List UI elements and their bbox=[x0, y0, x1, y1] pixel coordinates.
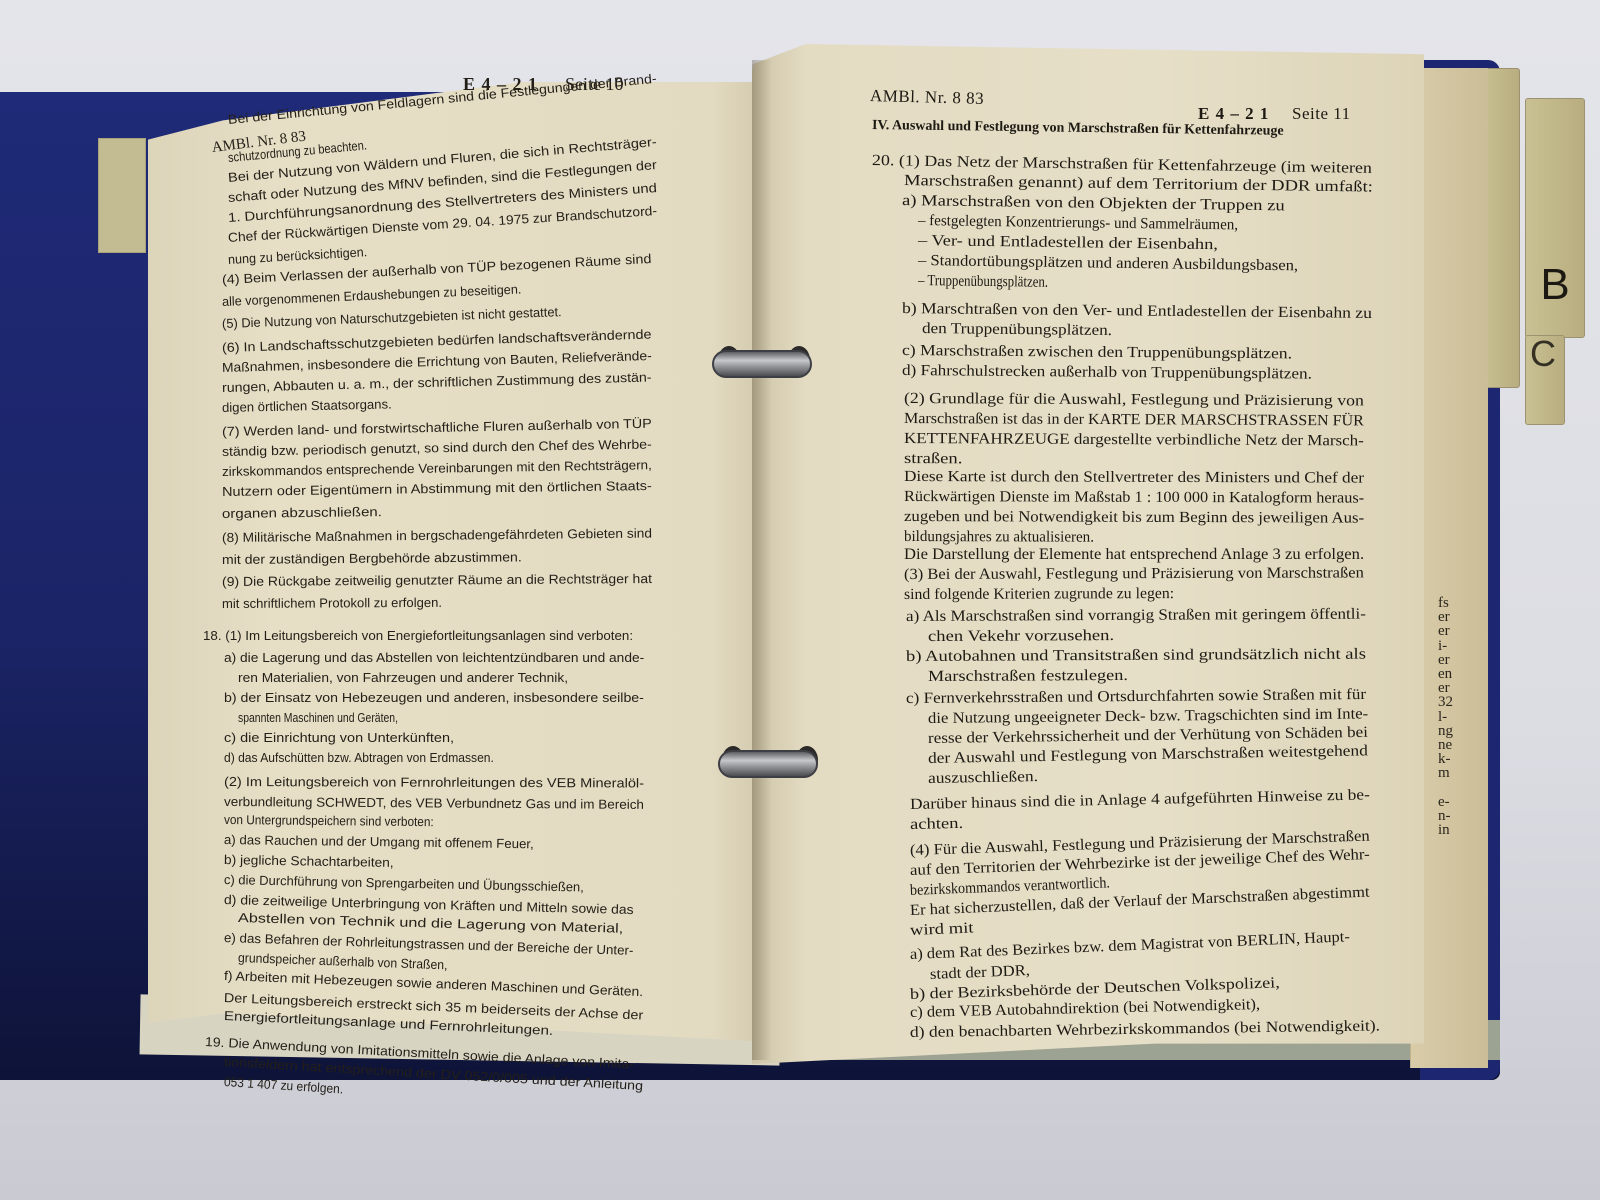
left-page-line: d) das Aufschütten bzw. Abtragen von Erd… bbox=[224, 750, 494, 765]
left-page-line: verbundleitung SCHWEDT, des VEB Verbundn… bbox=[224, 794, 644, 812]
left-page-line: mit der zuständigen Bergbehörde abzustim… bbox=[222, 549, 522, 567]
back-page-fragment: er bbox=[1438, 610, 1450, 624]
spine-shadow bbox=[752, 60, 772, 1060]
right-page-line: KETTENFAHRZEUGE dargestellte verbindlich… bbox=[904, 430, 1364, 450]
tab-letter-b: B bbox=[1540, 263, 1569, 307]
right-page-line: (3) Bei der Auswahl, Festlegung und Präz… bbox=[904, 564, 1364, 584]
right-page-line: Diese Karte ist durch den Stellvertreter… bbox=[904, 468, 1364, 488]
right-page-line: Marschstraßen festzulegen. bbox=[928, 667, 1128, 686]
back-page-fragment: m bbox=[1438, 766, 1450, 780]
back-page-fragment: fs bbox=[1438, 596, 1449, 610]
back-page-fragment: er bbox=[1438, 681, 1450, 695]
index-tab-b[interactable]: B bbox=[1525, 98, 1585, 338]
back-page-fragment: e- bbox=[1438, 795, 1450, 809]
back-page-fragment: i- bbox=[1438, 639, 1447, 653]
left-page-line: ren Materialien, von Fahrzeugen und ande… bbox=[238, 670, 568, 685]
left-page-line: (9) Die Rückgabe zeitweilig genutzter Rä… bbox=[222, 571, 652, 589]
right-page-line: chen Vekehr vorzusehen. bbox=[928, 627, 1114, 646]
left-page-line: mit schriftlichem Protokoll zu erfolgen. bbox=[222, 595, 442, 611]
right-page-line: bildungsjahres zu aktualisieren. bbox=[904, 528, 1094, 547]
right-page-line: wird mit bbox=[910, 919, 974, 940]
back-page-fragment: ne bbox=[1438, 738, 1452, 752]
right-page-line: d) Fahrschulstrecken außerhalb von Trupp… bbox=[902, 362, 1312, 384]
left-page-line: b) jegliche Schachtarbeiten, bbox=[224, 852, 394, 870]
binder-ring-bottom bbox=[718, 750, 818, 778]
right-page-line: (2) Grundlage für die Auswahl, Festlegun… bbox=[904, 390, 1364, 410]
back-page-fragment: l- bbox=[1438, 710, 1447, 724]
right-header-code: E 4 – 2 1 bbox=[1198, 104, 1269, 124]
left-page-line: b) der Einsatz von Hebezeugen und andere… bbox=[224, 690, 644, 705]
right-page-line: den Truppenübungsplätzen. bbox=[922, 320, 1112, 340]
back-page-fragment: k- bbox=[1438, 752, 1451, 766]
back-page-fragment: er bbox=[1438, 653, 1450, 667]
right-header-page: Seite 11 bbox=[1292, 104, 1351, 124]
right-page-line: a) Als Marschstraßen sind vorrangig Stra… bbox=[906, 606, 1366, 626]
right-header-ambl: AMBl. Nr. 8 83 bbox=[870, 86, 985, 109]
back-page-fragment: en bbox=[1438, 667, 1452, 681]
back-page-fragment: er bbox=[1438, 624, 1450, 638]
index-tab-c[interactable]: C bbox=[1525, 335, 1565, 425]
tab-letter-c: C bbox=[1530, 333, 1556, 374]
back-page-fragment: in bbox=[1438, 823, 1450, 837]
left-page-line: von Untergrundspeichern sind verboten: bbox=[224, 812, 434, 829]
right-page-line: auszuschließen. bbox=[928, 768, 1038, 788]
left-page-line: spannten Maschinen und Geräten, bbox=[238, 710, 398, 725]
right-page-line: sind folgende Kriterien zugrunde zu lege… bbox=[904, 585, 1174, 604]
right-page-line: Marschstraßen ist das in der KARTE DER M… bbox=[904, 410, 1364, 430]
right-page-line: Rückwärtigen Dienste im Maßstab 1 : 100 … bbox=[904, 488, 1364, 508]
left-page-line: c) die Einrichtung von Unterkünften, bbox=[224, 730, 454, 745]
left-page-line: a) die Lagerung und das Abstellen von le… bbox=[224, 650, 644, 665]
right-page-line: zugeben und bei Notwendigkeit bis zum Be… bbox=[904, 508, 1364, 528]
left-page-line: (2) Im Leitungsbereich von Fernrohrleitu… bbox=[224, 774, 644, 790]
right-page-line: Die Darstellung der Elemente hat entspre… bbox=[904, 546, 1364, 564]
left-page-line: 18. (1) Im Leitungsbereich von Energiefo… bbox=[203, 628, 633, 643]
left-page-line: organen abzuschließen. bbox=[222, 504, 382, 521]
photo-scene: B C fsereri-erener32l-ngnek-me-n-in AMBl… bbox=[0, 0, 1600, 1200]
back-page-fragment: ng bbox=[1438, 724, 1453, 738]
right-page-line: b) Autobahnen und Transitstraßen sind gr… bbox=[906, 646, 1366, 666]
index-tab-left[interactable] bbox=[98, 138, 146, 253]
right-page-line: straßen. bbox=[904, 450, 962, 468]
right-page-line: achten. bbox=[910, 815, 964, 834]
right-page-line: – Truppenübungsplätzen. bbox=[918, 272, 1048, 292]
back-page-fragment: n- bbox=[1438, 809, 1451, 823]
binder-ring-top bbox=[712, 350, 812, 378]
right-page-line: c) Marschstraßen zwischen den Truppenübu… bbox=[902, 342, 1292, 363]
back-page-fragment: 32 bbox=[1438, 695, 1453, 709]
